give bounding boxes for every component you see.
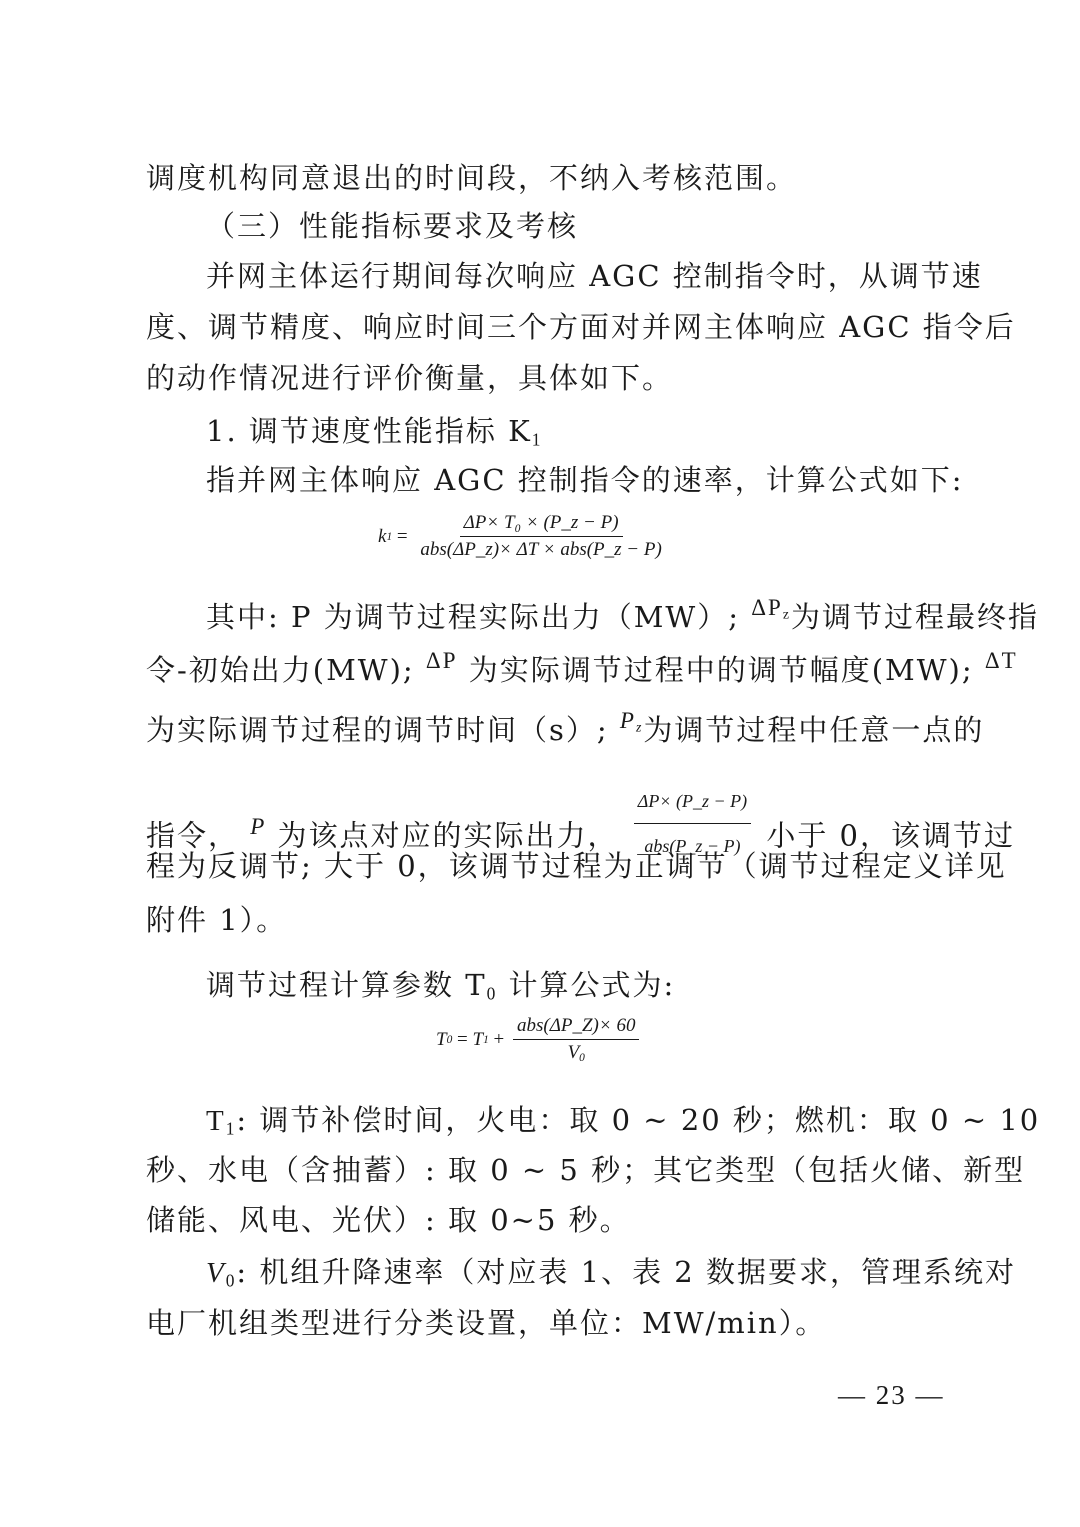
paragraph-line: V0: 机组升降速率（对应表 1、表 2 数据要求，管理系统对 [206,1252,1016,1300]
fraction-numerator: abs(ΔP_Z)× 60 [513,1015,639,1040]
fraction-numerator: ΔP× T₀ × (P_z − P) [460,512,623,537]
symbol: ΔPz [751,595,791,620]
text-span: 为实际调节过程的调节时间（s）; [146,713,609,747]
paragraph-line: 为实际调节过程的调节时间（s）; Pz为调节过程中任意一点的 [146,710,984,759]
subscript: z [783,606,791,621]
subscript: 1 [226,1118,237,1138]
paragraph-line: 电厂机组类型进行分类设置，单位：MW/min）。 [146,1303,826,1343]
text-span: 为调节过程中任意一点的 [643,713,984,747]
section-heading: （三）性能指标要求及考核 [206,206,578,246]
text-span: 调节过程计算参数 T [206,968,487,1002]
symbol: ΔT [985,648,1018,673]
symbol-text: P [620,708,636,733]
subscript: z [636,719,643,734]
paragraph-line: 的动作情况进行评价衡量，具体如下。 [146,358,673,398]
equals-sign: = [392,526,412,548]
plus-sign: + [489,1029,509,1051]
text-span: 为调节过程最终指 [791,600,1039,634]
formula-term: T [473,1029,484,1051]
subscript: 1 [532,429,543,449]
paragraph-line: 其中: P 为调节过程实际出力（MW）; ΔPz为调节过程最终指 [206,597,1039,646]
paragraph-line: T1: 调节补偿时间，火电：取 0 ~ 20 秒；燃机：取 0 ~ 10 [206,1100,1040,1148]
formula-lhs: T [436,1029,447,1051]
paragraph-line: 度、调节精度、响应时间三个方面对并网主体响应 AGC 指令后 [146,307,1016,347]
paragraph-line: 指并网主体响应 AGC 控制指令的速率，计算公式如下: [206,460,964,500]
text-span: : 机组升降速率（对应表 1、表 2 数据要求，管理系统对 [236,1255,1016,1289]
symbol: V [206,1257,226,1289]
paragraph-line: 程为反调节; 大于 0，该调节过程为正调节（调节过程定义详见 [146,846,1007,886]
fraction: ΔP× T₀ × (P_z − P) abs(ΔP_z)× ΔT × abs(P… [416,512,665,561]
formula-lhs: k [378,526,386,548]
subsection-heading: 1. 调节速度性能指标 K1 [206,411,542,459]
paragraph-line: 令-初始出力(MW); ΔP 为实际调节过程中的调节幅度(MW); ΔT [146,650,1018,693]
text-span: 为实际调节过程中的调节幅度(MW); [469,653,974,687]
paragraph-line: 储能、风电、光伏）: 取 0~5 秒。 [146,1200,631,1240]
paragraph-line: 附件 1）。 [146,900,287,940]
paragraph-line: 调节过程计算参数 T0 计算公式为: [206,965,675,1013]
subsection-title: 1. 调节速度性能指标 K [206,414,532,448]
paragraph-line: 秒、水电（含抽蓄）: 取 0 ~ 5 秒；其它类型（包括火储、新型 [146,1150,1025,1190]
symbol: ΔP [426,648,458,673]
subscript: 0 [579,1052,585,1064]
fraction: abs(ΔP_Z)× 60 V0 [513,1015,639,1064]
subscript: 0 [487,983,498,1003]
symbol: P [250,814,266,839]
paragraph-line: 调度机构同意退出的时间段，不纳入考核范围。 [146,158,797,198]
text-span: 计算公式为: [508,968,675,1002]
text-span: : 调节补偿时间，火电：取 0 ~ 20 秒；燃机：取 0 ~ 10 [236,1103,1040,1137]
symbol: Pz [620,708,643,733]
text-span: 其中: P 为调节过程实际出力（MW）; [206,600,740,634]
fraction-denominator: abs(ΔP_z)× ΔT × abs(P_z − P) [416,537,665,561]
page-number: — 23 — [838,1380,945,1411]
symbol-text: ΔP [751,595,783,620]
formula-k1: k1 = ΔP× T₀ × (P_z − P) abs(ΔP_z)× ΔT × … [378,512,670,561]
fraction-numerator: ΔP× (P_z − P) [634,781,751,824]
paragraph-line: 并网主体运行期间每次响应 AGC 控制指令时，从调节速 [206,256,983,296]
fraction-denominator: V0 [564,1040,589,1064]
subscript: 0 [226,1270,237,1290]
symbol: T [206,1105,226,1137]
formula-t0: T0 = T1 + abs(ΔP_Z)× 60 V0 [436,1015,643,1064]
text-span: 令-初始出力(MW); [146,653,415,687]
denominator-text: V [568,1042,580,1063]
equals-sign: = [452,1029,472,1051]
